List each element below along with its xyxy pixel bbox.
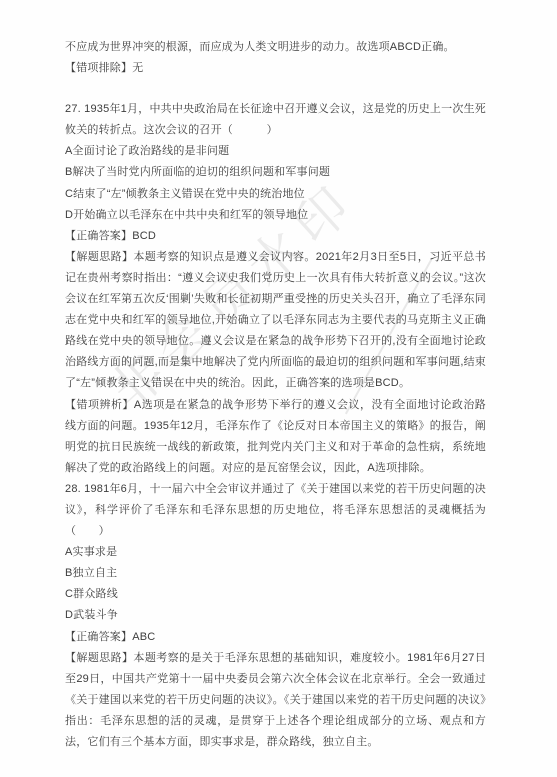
- question-28-option-b: B独立自主: [65, 563, 486, 584]
- document-page: 非会员水印 不应成为世界冲突的根源，而应成为人类文明进步的动力。故选项ABCD正…: [0, 0, 557, 777]
- question-27-error-analysis: 【错项辨析】A选项是在紧急的战争形势下举行的遵义会议，没有全面地讨论政治路线方面…: [65, 395, 486, 479]
- document-text-block: 不应成为世界冲突的根源，而应成为人类文明进步的动力。故选项ABCD正确。 【错项…: [65, 37, 486, 753]
- question-27-analysis: 【解题思路】本题考察的知识点是遵义会议内容。2021年2月3日至5日，习近平总书…: [65, 247, 486, 395]
- paragraph-gap: [65, 79, 486, 99]
- question-28-option-a: A实事求是: [65, 542, 486, 563]
- question-27-option-a: A全面讨论了政治路线的是非问题: [65, 141, 486, 162]
- question-27-option-b: B解决了当时党内所面临的迫切的组织问题和军事问题: [65, 162, 486, 183]
- question-27-option-c: C结束了“左”倾教条主义错误在党中央的统治地位: [65, 184, 486, 205]
- question-28-correct-answer: 【正确答案】ABC: [65, 627, 486, 648]
- prev-error-exclude-text: 【错项排除】无: [65, 58, 486, 79]
- question-27-correct-answer: 【正确答案】BCD: [65, 226, 486, 247]
- question-27-option-d: D开始确立以毛泽东在中共中央和红军的领导地位: [65, 205, 486, 226]
- question-28-option-d: D武装斗争: [65, 605, 486, 626]
- question-28-option-c: C群众路线: [65, 584, 486, 605]
- question-28-stem: 28. 1981年6月，十一届六中全会审议并通过了《关于建国以来党的若干历史问题…: [65, 479, 486, 542]
- question-27-stem: 27. 1935年1月，中共中央政治局在长征途中召开遵义会议，这是党的历史上一次…: [65, 99, 486, 141]
- question-28-analysis: 【解题思路】本题考察的是关于毛泽东思想的基础知识，难度较小。1981年6月27日…: [65, 648, 486, 753]
- prev-answer-tail-text: 不应成为世界冲突的根源，而应成为人类文明进步的动力。故选项ABCD正确。: [65, 37, 486, 58]
